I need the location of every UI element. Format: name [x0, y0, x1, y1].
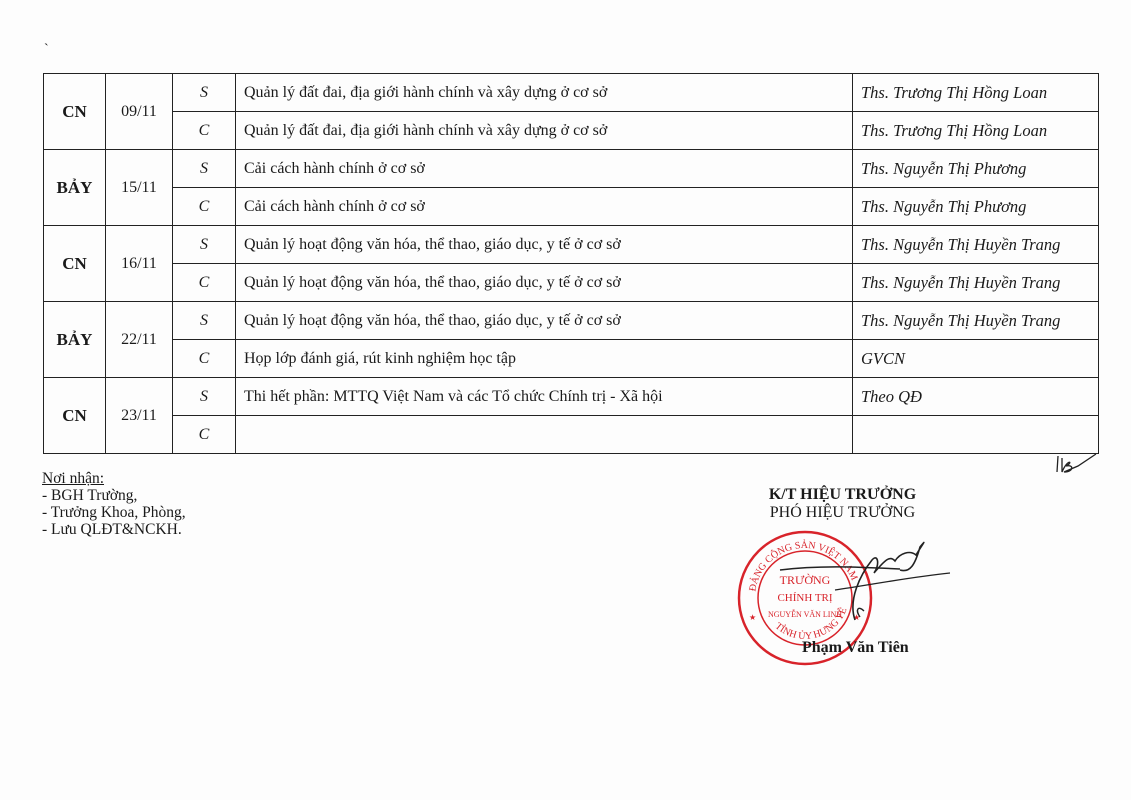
session-cell: S [173, 150, 236, 188]
signer-position: PHÓ HIỆU TRƯỞNG [740, 504, 945, 522]
teacher-cell: Theo QĐ [853, 378, 1099, 416]
teacher-cell: Ths. Nguyễn Thị Huyền Trang [853, 302, 1099, 340]
session-cell: C [173, 416, 236, 454]
session-cell: S [173, 226, 236, 264]
table-row: CCải cách hành chính ở cơ sởThs. Nguyễn … [44, 188, 1099, 226]
table-row: CQuản lý hoạt động văn hóa, thể thao, gi… [44, 264, 1099, 302]
signature-block: K/T HIỆU TRƯỞNG PHÓ HIỆU TRƯỞNG Phạm Văn… [740, 486, 945, 522]
session-cell: C [173, 264, 236, 302]
topic-cell: Quản lý hoạt động văn hóa, thể thao, giá… [236, 264, 853, 302]
teacher-cell: Ths. Nguyễn Thị Huyền Trang [853, 226, 1099, 264]
table-row: C [44, 416, 1099, 454]
day-cell: CN [44, 226, 106, 302]
date-cell: 15/11 [106, 150, 173, 226]
topic-cell: Quản lý hoạt động văn hóa, thể thao, giá… [236, 302, 853, 340]
signer-name: Phạm Văn Tiên [802, 639, 909, 657]
table-row: CN23/11SThi hết phần: MTTQ Việt Nam và c… [44, 378, 1099, 416]
date-cell: 16/11 [106, 226, 173, 302]
session-cell: S [173, 302, 236, 340]
session-cell: S [173, 74, 236, 112]
date-cell: 09/11 [106, 74, 173, 150]
svg-text:★: ★ [749, 613, 756, 622]
topic-cell: Cải cách hành chính ở cơ sở [236, 150, 853, 188]
topic-cell: Quản lý đất đai, địa giới hành chính và … [236, 112, 853, 150]
day-cell: CN [44, 74, 106, 150]
topic-cell: Cải cách hành chính ở cơ sở [236, 188, 853, 226]
date-cell: 22/11 [106, 302, 173, 378]
initials-mark [1040, 450, 1100, 475]
topic-cell: Quản lý hoạt động văn hóa, thể thao, giá… [236, 226, 853, 264]
session-cell: S [173, 378, 236, 416]
schedule-table: CN09/11SQuản lý đất đai, địa giới hành c… [43, 73, 1099, 454]
recipients-block: Nơi nhận: - BGH Trường, - Trưởng Khoa, P… [42, 470, 186, 538]
recipient-item: - BGH Trường, [42, 487, 186, 504]
topic-cell: Họp lớp đánh giá, rút kinh nghiệm học tậ… [236, 340, 853, 378]
recipient-item: - Trưởng Khoa, Phòng, [42, 504, 186, 521]
teacher-cell [853, 416, 1099, 454]
table-row: BẢY15/11SCải cách hành chính ở cơ sởThs.… [44, 150, 1099, 188]
topic-cell: Thi hết phần: MTTQ Việt Nam và các Tổ ch… [236, 378, 853, 416]
day-cell: CN [44, 378, 106, 454]
session-cell: C [173, 188, 236, 226]
table-row: CQuản lý đất đai, địa giới hành chính và… [44, 112, 1099, 150]
teacher-cell: GVCN [853, 340, 1099, 378]
recipient-item: - Lưu QLĐT&NCKH. [42, 521, 186, 538]
handwritten-signature [760, 525, 960, 630]
topic-cell: Quản lý đất đai, địa giới hành chính và … [236, 74, 853, 112]
teacher-cell: Ths. Trương Thị Hồng Loan [853, 74, 1099, 112]
table-row: CN09/11SQuản lý đất đai, địa giới hành c… [44, 74, 1099, 112]
session-cell: C [173, 340, 236, 378]
teacher-cell: Ths. Nguyễn Thị Phương [853, 188, 1099, 226]
teacher-cell: Ths. Trương Thị Hồng Loan [853, 112, 1099, 150]
table-row: CHọp lớp đánh giá, rút kinh nghiệm học t… [44, 340, 1099, 378]
stray-mark: ` [44, 42, 49, 58]
topic-cell [236, 416, 853, 454]
table-row: CN16/11SQuản lý hoạt động văn hóa, thể t… [44, 226, 1099, 264]
table-row: BẢY22/11SQuản lý hoạt động văn hóa, thể … [44, 302, 1099, 340]
recipients-heading: Nơi nhận: [42, 470, 186, 487]
signer-title: K/T HIỆU TRƯỞNG [740, 486, 945, 504]
date-cell: 23/11 [106, 378, 173, 454]
session-cell: C [173, 112, 236, 150]
teacher-cell: Ths. Nguyễn Thị Huyền Trang [853, 264, 1099, 302]
day-cell: BẢY [44, 302, 106, 378]
teacher-cell: Ths. Nguyễn Thị Phương [853, 150, 1099, 188]
day-cell: BẢY [44, 150, 106, 226]
